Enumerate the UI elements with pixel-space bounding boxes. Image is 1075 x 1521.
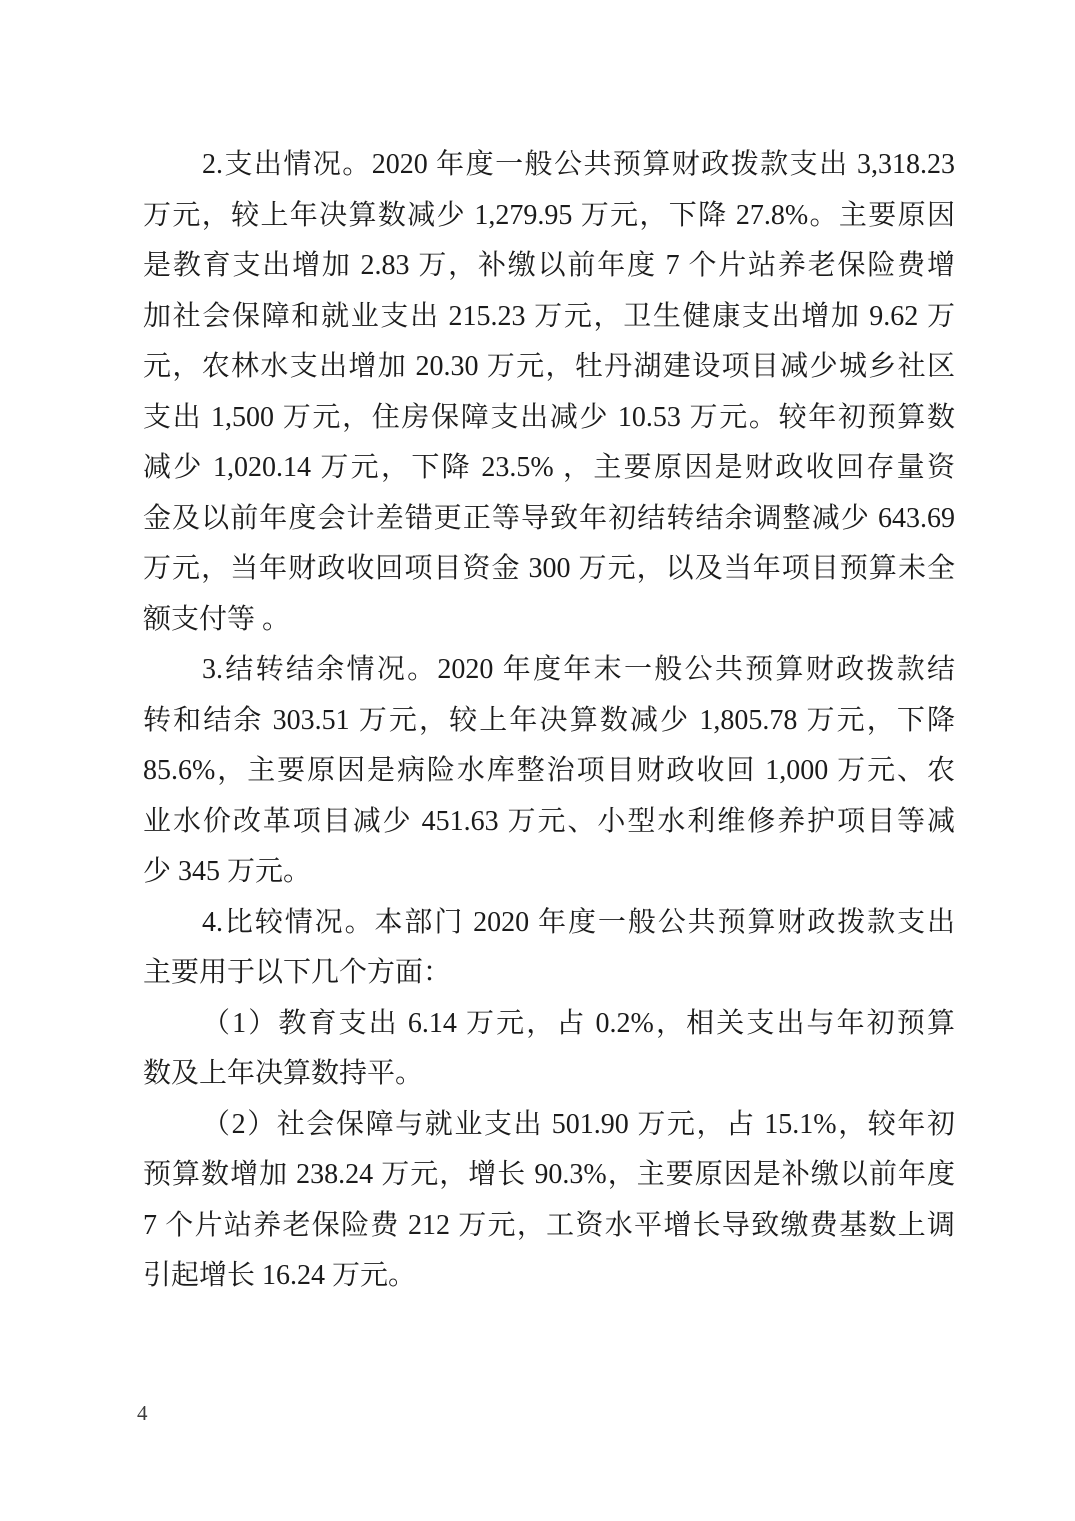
text-line: （2）社会保障与就业支出 501.90 万元，占 15.1%，较年初: [143, 1100, 955, 1151]
text-line: 2.支出情况。2020 年度一般公共预算财政拨款支出 3,318.23: [143, 140, 955, 191]
text-line: 支出 1,500 万元，住房保障支出减少 10.53 万元。较年初预算数: [143, 393, 955, 444]
document-page: 2.支出情况。2020 年度一般公共预算财政拨款支出 3,318.23万元，较上…: [0, 0, 1075, 1521]
text-line: 加社会保障和就业支出 215.23 万元，卫生健康支出增加 9.62 万: [143, 292, 955, 343]
text-line: 额支付等 。: [143, 595, 955, 646]
text-line: 元，农林水支出增加 20.30 万元，牡丹湖建设项目减少城乡社区: [143, 342, 955, 393]
paragraph: （1）教育支出 6.14 万元，占 0.2%，相关支出与年初预算数及上年决算数持…: [143, 999, 955, 1100]
text-line: 是教育支出增加 2.83 万，补缴以前年度 7 个片站养老保险费增: [143, 241, 955, 292]
text-line: 3.结转结余情况。2020 年度年末一般公共预算财政拨款结: [143, 645, 955, 696]
paragraph: 3.结转结余情况。2020 年度年末一般公共预算财政拨款结转和结余 303.51…: [143, 645, 955, 898]
text-line: 85.6%，主要原因是病险水库整治项目财政收回 1,000 万元、农: [143, 746, 955, 797]
text-line: （1）教育支出 6.14 万元，占 0.2%，相关支出与年初预算: [143, 999, 955, 1050]
text-line: 数及上年决算数持平。: [143, 1049, 955, 1100]
text-line: 业水价改革项目减少 451.63 万元、小型水利维修养护项目等减: [143, 797, 955, 848]
text-line: 万元，较上年决算数减少 1,279.95 万元，下降 27.8%。主要原因: [143, 191, 955, 242]
page-number: 4: [137, 1398, 148, 1428]
text-line: 7 个片站养老保险费 212 万元，工资水平增长导致缴费基数上调: [143, 1201, 955, 1252]
text-line: 转和结余 303.51 万元，较上年决算数减少 1,805.78 万元，下降: [143, 696, 955, 747]
text-line: 少 345 万元。: [143, 847, 955, 898]
paragraph: （2）社会保障与就业支出 501.90 万元，占 15.1%，较年初预算数增加 …: [143, 1100, 955, 1302]
paragraph: 2.支出情况。2020 年度一般公共预算财政拨款支出 3,318.23万元，较上…: [143, 140, 955, 645]
text-line: 4.比较情况。本部门 2020 年度一般公共预算财政拨款支出: [143, 898, 955, 949]
paragraph: 4.比较情况。本部门 2020 年度一般公共预算财政拨款支出主要用于以下几个方面…: [143, 898, 955, 999]
text-line: 金及以前年度会计差错更正等导致年初结转结余调整减少 643.69: [143, 494, 955, 545]
text-line: 万元，当年财政收回项目资金 300 万元，以及当年项目预算未全: [143, 544, 955, 595]
text-line: 引起增长 16.24 万元。: [143, 1251, 955, 1302]
text-line: 减少 1,020.14 万元，下降 23.5% ，主要原因是财政收回存量资: [143, 443, 955, 494]
document-body: 2.支出情况。2020 年度一般公共预算财政拨款支出 3,318.23万元，较上…: [143, 140, 955, 1302]
text-line: 主要用于以下几个方面：: [143, 948, 955, 999]
text-line: 预算数增加 238.24 万元，增长 90.3%，主要原因是补缴以前年度: [143, 1150, 955, 1201]
